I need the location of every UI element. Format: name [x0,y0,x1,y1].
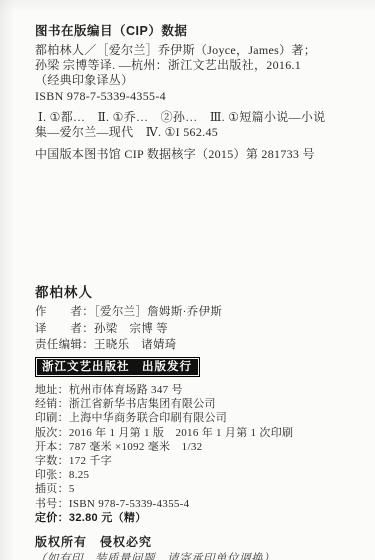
cip-line: Ⅰ. ①都… Ⅱ. ①乔… ②孙… Ⅲ. ①短篇小说—小说 [35,110,357,125]
print-quality-note: （如有印、装质量问题，请寄承印单位调换） [35,552,357,560]
publication-details-section: 地址：杭州市体育场路 347 号 经销：浙江省新华书店集团有限公司 印刷：上海中… [35,383,357,525]
field-label: 版次： [35,427,69,439]
cip-line: 孙梁 宗博等译. —杭州：浙江文艺出版社，2016.1 [35,58,357,73]
field-value: 杭州市体育场路 347 号 [69,384,183,396]
field-value: 浙江省新华书店集团有限公司 [69,398,216,410]
field-value: 孙梁 宗博 等 [94,323,168,335]
editor-row: 责任编辑：王晓乐 诸婧琦 [35,337,357,353]
cip-classification-lines: Ⅰ. ①都… Ⅱ. ①乔… ②孙… Ⅲ. ①短篇小说—小说 集—爱尔兰—现代 Ⅳ… [35,110,357,140]
field-value: ISBN 978-7-5339-4355-4 [69,498,190,510]
cip-line: （经典印象译丛） [35,73,357,88]
cip-bibliographic-lines: 都柏林人／［爱尔兰］乔伊斯（Joyce，James）著； 孙梁 宗博等译. —杭… [35,43,357,104]
copyright-section: 版权所有 侵权必究 （如有印、装质量问题，请寄承印单位调换） [35,534,357,560]
copyright-notice: 版权所有 侵权必究 [35,534,357,550]
field-value: 172 千字 [69,455,112,467]
cip-heading: 图书在版编目（CIP）数据 [35,22,357,40]
format-row: 开本：787 毫米 ×1092 毫米 1/32 [35,440,357,454]
cip-section: 图书在版编目（CIP）数据 都柏林人／［爱尔兰］乔伊斯（Joyce，James）… [35,22,357,162]
book-credit-fields: 作 者：［爱尔兰］詹姆斯·乔伊斯 译 者：孙梁 宗博 等 责任编辑：王晓乐 诸婧… [35,304,357,353]
publisher-bar: 浙江文艺出版社 出版发行 [35,357,200,377]
field-label: 作 者： [35,306,94,318]
edition-row: 版次：2016 年 1 月第 1 版 2016 年 1 月第 1 次印刷 [35,426,357,440]
field-value: 2016 年 1 月第 1 版 2016 年 1 月第 1 次印刷 [69,427,293,439]
copyright-page: 图书在版编目（CIP）数据 都柏林人／［爱尔兰］乔伊斯（Joyce，James）… [0,0,375,560]
field-label: 印张： [35,469,69,481]
translator-row: 译 者：孙梁 宗博 等 [35,321,357,337]
cip-line: 都柏林人／［爱尔兰］乔伊斯（Joyce，James）著； [35,43,357,58]
printer-row: 印刷：上海中华商务联合印刷有限公司 [35,411,357,425]
field-label: 经销： [35,398,69,410]
book-title: 都柏林人 [35,284,357,302]
field-label: 插页： [35,483,69,495]
field-value: 5 [69,483,75,495]
field-value: 32.80 元（精） [69,512,147,524]
cip-line: 集—爱尔兰—现代 Ⅳ. ①I 562.45 [35,125,357,140]
field-value: 787 毫米 ×1092 毫米 1/32 [69,441,203,453]
address-row: 地址：杭州市体育场路 347 号 [35,383,357,397]
sheets-row: 印张：8.25 [35,468,357,482]
field-label: 开本： [35,441,69,453]
cip-record-number: 中国版本图书馆 CIP 数据核字（2015）第 281733 号 [35,147,357,162]
price-row: 定价：32.80 元（精） [35,511,357,525]
isbn-row: 书号：ISBN 978-7-5339-4355-4 [35,497,357,511]
field-value: 王晓乐 诸婧琦 [94,339,177,351]
word-count-row: 字数：172 千字 [35,454,357,468]
inserts-row: 插页：5 [35,482,357,496]
field-label: 译 者： [35,323,94,335]
field-value: 上海中华商务联合印刷有限公司 [69,412,227,424]
author-row: 作 者：［爱尔兰］詹姆斯·乔伊斯 [35,304,357,320]
field-label: 书号： [35,498,69,510]
field-label: 地址： [35,384,69,396]
distributor-row: 经销：浙江省新华书店集团有限公司 [35,397,357,411]
cip-line: ISBN 978-7-5339-4355-4 [35,89,357,104]
book-info-section: 都柏林人 作 者：［爱尔兰］詹姆斯·乔伊斯 译 者：孙梁 宗博 等 责任编辑：王… [35,284,357,353]
field-label: 定价： [35,512,69,524]
field-label: 印刷： [35,412,69,424]
field-value: 8.25 [69,469,89,481]
field-label: 责任编辑： [35,339,94,351]
field-value: ［爱尔兰］詹姆斯·乔伊斯 [94,306,222,318]
field-label: 字数： [35,455,69,467]
